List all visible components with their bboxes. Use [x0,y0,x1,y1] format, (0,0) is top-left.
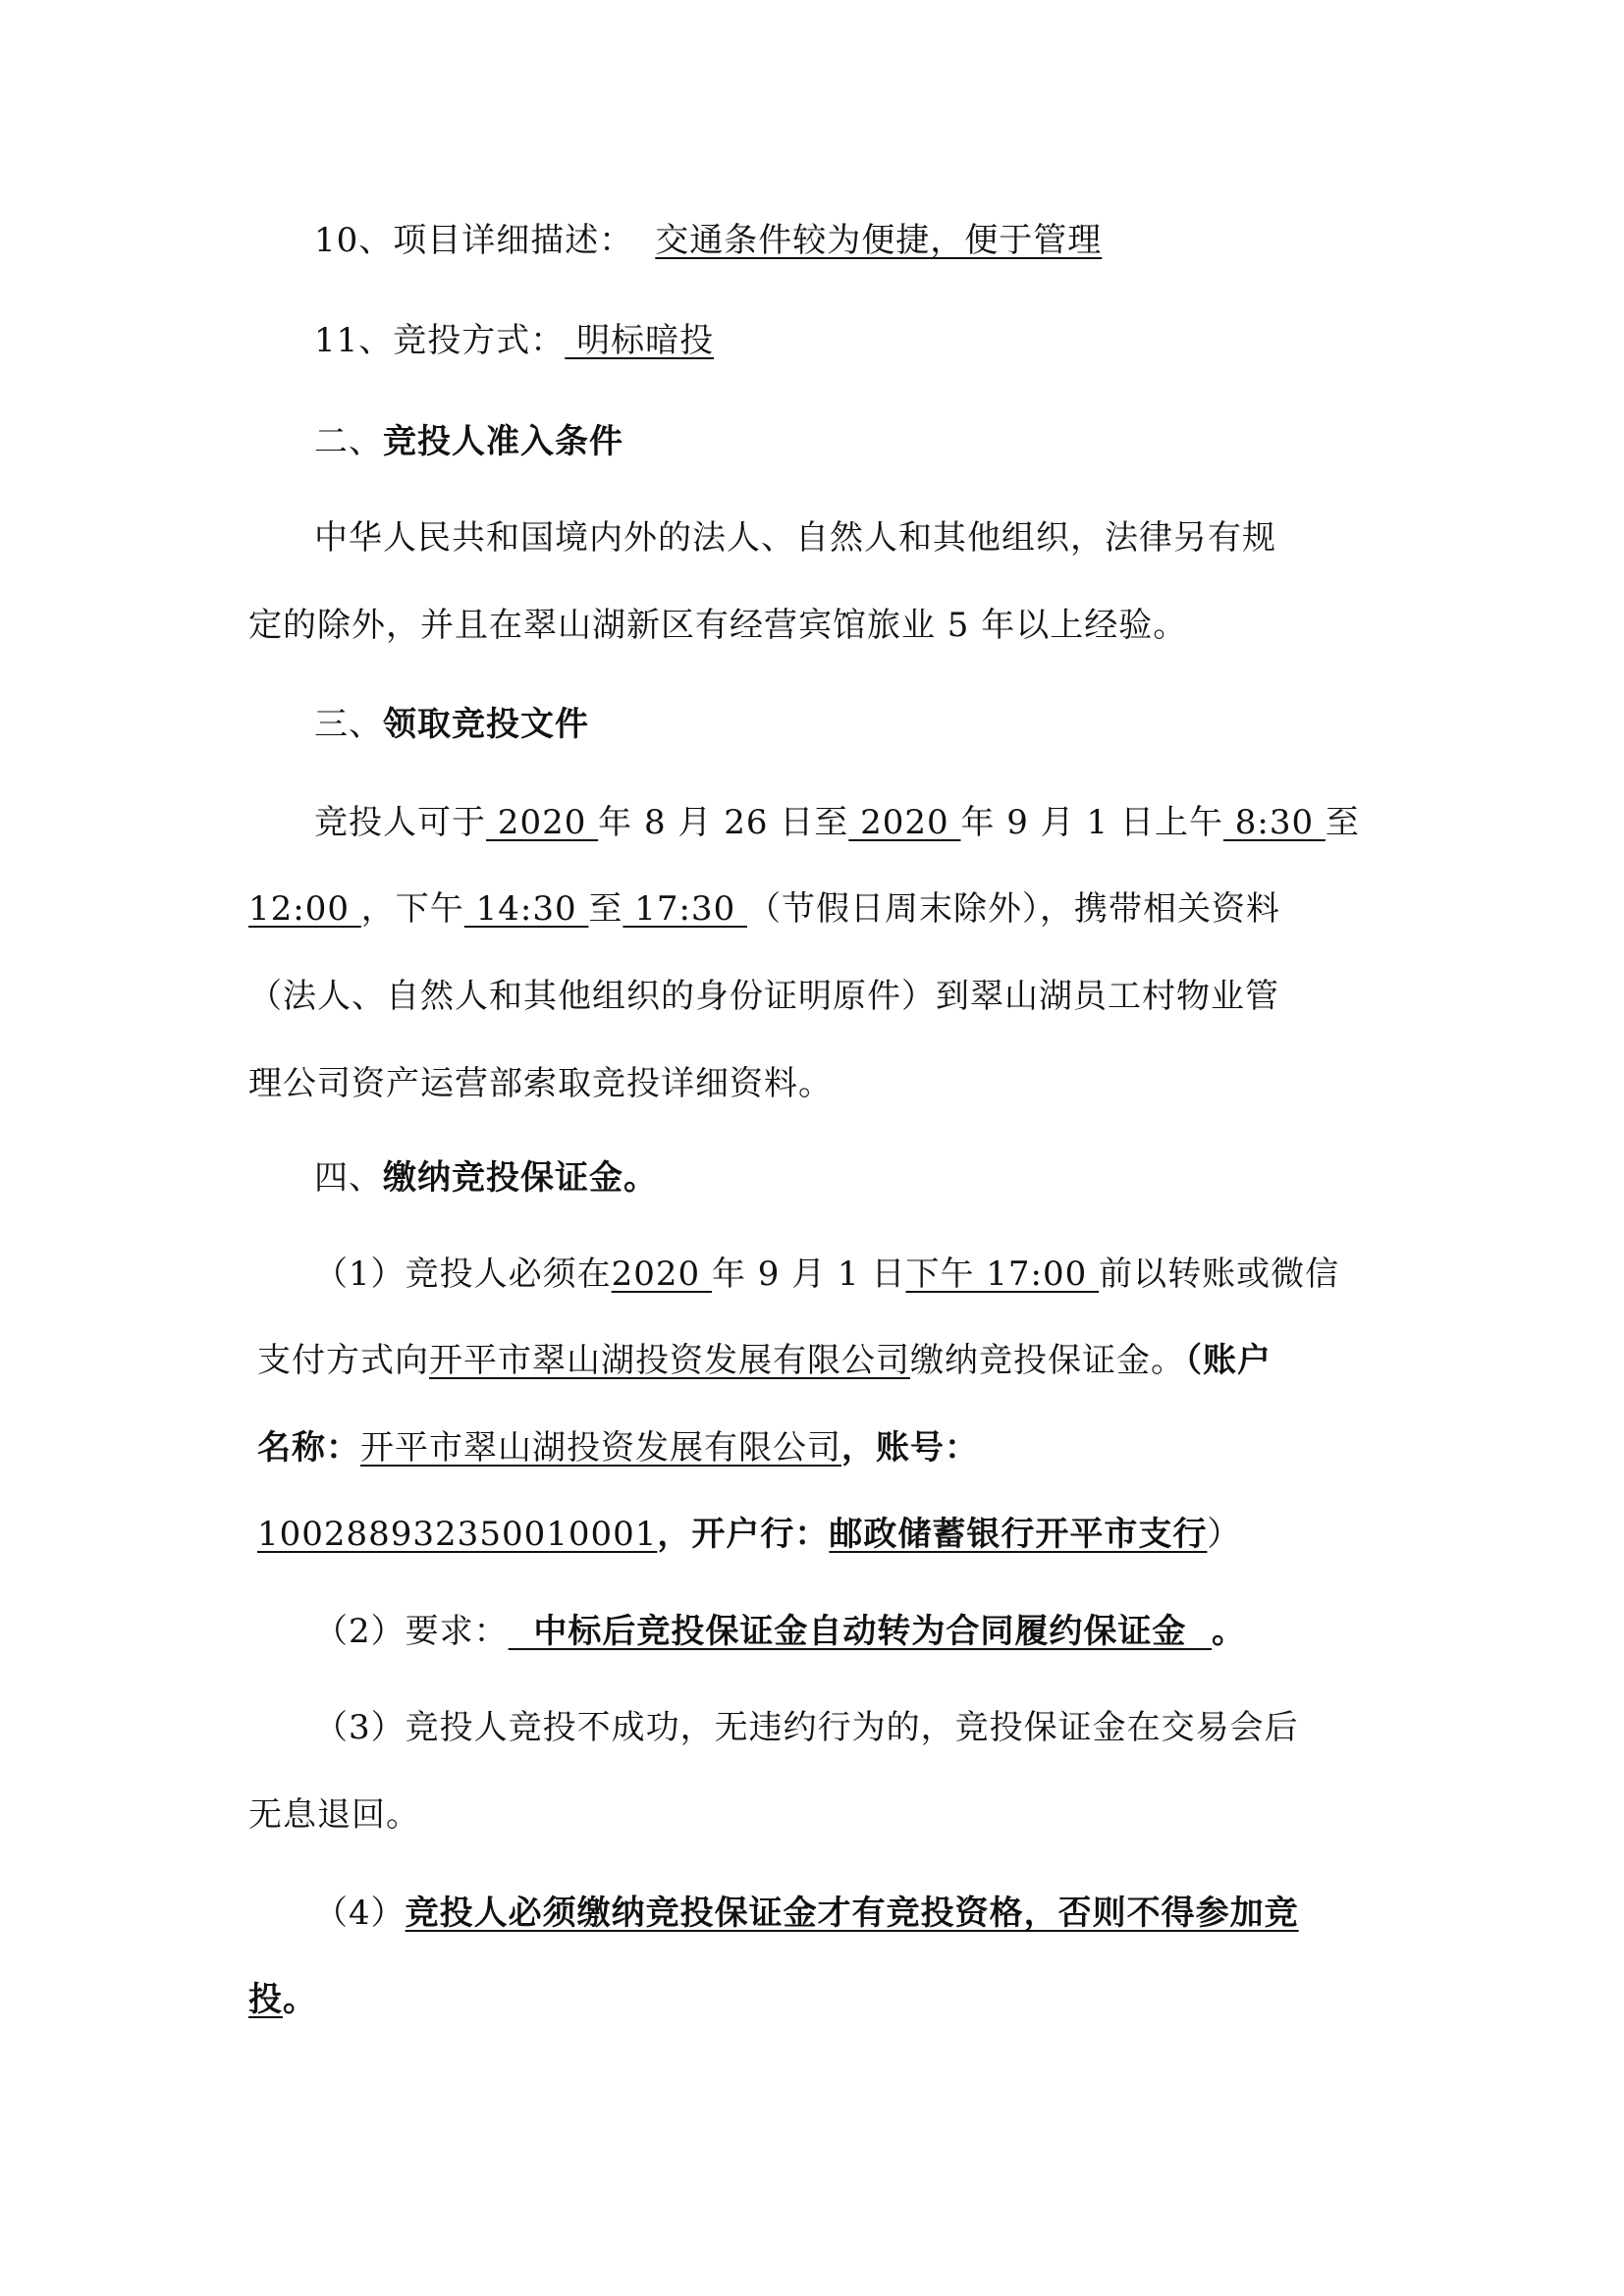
text: （节假日周末除外），携带相关资料 [747,889,1280,929]
section-title: 领取竞投文件 [383,705,589,744]
end-year: 2020 [848,803,960,842]
bank-name: 邮政储蓄银行开平市支行 [829,1515,1207,1554]
section-heading-2: 二、竞投人准入条件 [314,422,623,461]
section-title: 竞投人准入条件 [383,422,623,461]
label: 11、竞投方式： [314,321,565,360]
paragraph-line: 中华人民共和国境内外的法人、自然人和其他组织，法律另有规 [314,518,1276,558]
text: 缴纳竞投保证金。 [910,1341,1185,1380]
text: 支付方式向 [257,1341,429,1380]
paragraph-line: 100288932350010001，开户行：邮政储蓄银行开平市支行） [257,1515,1241,1554]
paragraph-line: 竞投人可于 2020 年 8 月 26 日至 2020 年 9 月 1 日上午 … [314,803,1360,842]
text: ，开户行： [657,1515,829,1554]
text: 。 [283,1980,317,2019]
paragraph-line: 12:00 ，下午 14:30 至 17:30 （节假日周末除外），携带相关资料 [248,889,1280,929]
bid-method-value: 明标暗投 [565,321,714,360]
text: 名称： [257,1428,360,1468]
text: 。 [1212,1612,1246,1651]
item-10-description: 10、项目详细描述：交通条件较为便捷，便于管理 [314,221,1102,260]
morning-end: 12:00 [248,889,361,929]
text: ） [1207,1515,1241,1554]
paragraph-line: 理公司资产运营部索取竞投详细资料。 [248,1064,833,1103]
text: 投 [248,1980,283,2019]
label: 10、项目详细描述： [314,221,633,260]
requirement-value: 中标后竞投保证金自动转为合同履约保证金 [509,1612,1212,1651]
text: （账户 [1185,1341,1272,1380]
section-title: 缴纳竞投保证金。 [383,1158,658,1198]
section-heading-4: 四、缴纳竞投保证金。 [314,1158,658,1198]
text: 前以转账或微信 [1099,1255,1339,1294]
paragraph-line: （2）要求： 中标后竞投保证金自动转为合同履约保证金 。 [314,1612,1246,1651]
deadline-time: 下午 17:00 [905,1255,1099,1294]
document-page: 10、项目详细描述：交通条件较为便捷，便于管理 11、竞投方式： 明标暗投 二、… [0,0,1624,2296]
section-number: 三、 [314,705,383,744]
mandatory-deposit-notice: 竞投人必须缴纳竞投保证金才有竞投资格，否则不得参加竞 [406,1894,1299,1933]
payee-company: 开平市翠山湖投资发展有限公司 [429,1341,910,1380]
morning-start: 8:30 [1223,803,1326,842]
paragraph-line: （3）竞投人竞投不成功，无违约行为的，竞投保证金在交易会后 [314,1708,1299,1747]
section-number: 四、 [314,1158,383,1198]
paragraph-line: （1）竞投人必须在2020 年 9 月 1 日下午 17:00 前以转账或微信 [314,1255,1339,1294]
text: ，账号： [841,1428,979,1468]
text: 至 [588,889,623,929]
item-11-bid-method: 11、竞投方式： 明标暗投 [314,321,714,360]
text: ，下午 [361,889,464,929]
text: （2）要求： [314,1612,509,1651]
text: （1）竞投人必须在 [314,1255,612,1294]
account-name: 开平市翠山湖投资发展有限公司 [360,1428,841,1468]
paragraph-line: 投。 [248,1980,317,2019]
paragraph-line: 名称：开平市翠山湖投资发展有限公司，账号： [257,1428,979,1468]
text: 竞投人可于 [314,803,486,842]
text: 年 9 月 1 日上午 [960,803,1223,842]
text: （4） [314,1894,406,1933]
text: 至 [1326,803,1360,842]
account-number: 100288932350010001 [257,1515,657,1554]
section-number: 二、 [314,422,383,461]
start-year: 2020 [486,803,598,842]
afternoon-start: 14:30 [464,889,589,929]
paragraph-line: （法人、自然人和其他组织的身份证明原件）到翠山湖员工村物业管 [248,977,1279,1016]
paragraph-line: （4）竞投人必须缴纳竞投保证金才有竞投资格，否则不得参加竞 [314,1894,1299,1933]
afternoon-end: 17:30 [623,889,747,929]
text: 年 8 月 26 日至 [598,803,848,842]
project-description-value: 交通条件较为便捷，便于管理 [655,221,1102,260]
paragraph-line: 定的除外，并且在翠山湖新区有经营宾馆旅业 5 年以上经验。 [248,606,1187,645]
deadline-year: 2020 [612,1255,712,1294]
paragraph-line: 无息退回。 [248,1795,420,1835]
section-heading-3: 三、领取竞投文件 [314,705,589,744]
paragraph-line: 支付方式向开平市翠山湖投资发展有限公司缴纳竞投保证金。（账户 [257,1341,1272,1380]
text: 年 9 月 1 日 [712,1255,906,1294]
